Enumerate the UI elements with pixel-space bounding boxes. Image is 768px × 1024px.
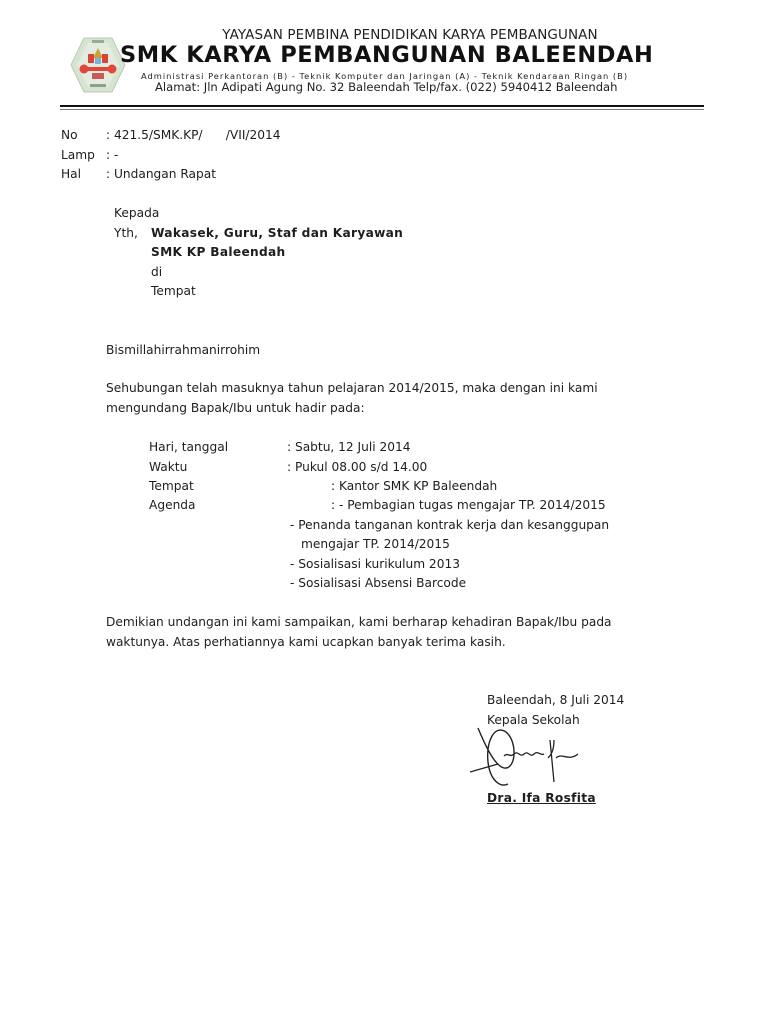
school-emblem-icon xyxy=(70,36,126,94)
lamp-value: : - xyxy=(106,148,118,162)
agenda-item-1: : - Pembagian tugas mengajar TP. 2014/20… xyxy=(331,498,606,512)
place-date: Baleendah, 8 Juli 2014 xyxy=(487,693,624,707)
closing-line-2: waktunya. Atas perhatiannya kami ucapkan… xyxy=(106,635,506,649)
yth-label: Yth, xyxy=(114,226,138,240)
tempat-value: : Kantor SMK KP Baleendah xyxy=(331,479,497,493)
no-value: : 421.5/SMK.KP/ /VII/2014 xyxy=(106,128,281,142)
tempat-label: Tempat xyxy=(149,479,194,493)
school-name: SMK KARYA PEMBANGUNAN BALEENDAH xyxy=(120,42,653,68)
agenda-label: Agenda xyxy=(149,498,196,512)
waktu-label: Waktu xyxy=(149,460,187,474)
recipient-line-1: Wakasek, Guru, Staf dan Karyawan xyxy=(151,226,403,240)
agenda-item-2-cont: mengajar TP. 2014/2015 xyxy=(301,537,450,551)
school-address: Alamat: Jln Adipati Agung No. 32 Baleend… xyxy=(155,80,618,94)
agenda-item-3: - Sosialisasi kurikulum 2013 xyxy=(290,557,460,571)
hari-label: Hari, tanggal xyxy=(149,440,228,454)
recipient-line-2: SMK KP Baleendah xyxy=(151,245,286,259)
hari-value: : Sabtu, 12 Juli 2014 xyxy=(287,440,411,454)
signer-name: Dra. Ifa Rosfita xyxy=(487,791,596,805)
lamp-label: Lamp xyxy=(61,148,95,162)
hal-label: Hal xyxy=(61,167,81,181)
agenda-item-2: - Penanda tanganan kontrak kerja dan kes… xyxy=(290,518,609,532)
intro-line-1: Sehubungan telah masuknya tahun pelajara… xyxy=(106,381,598,395)
handwritten-signature-icon xyxy=(468,722,592,792)
agenda-item-4: - Sosialisasi Absensi Barcode xyxy=(290,576,466,590)
recipient-tempat: Tempat xyxy=(151,284,196,298)
letter-page: YAYASAN PEMBINA PENDIDIKAN KARYA PEMBANG… xyxy=(0,0,768,1024)
header-divider-thick xyxy=(60,105,704,107)
kepada-label: Kepada xyxy=(114,206,159,220)
hal-value: : Undangan Rapat xyxy=(106,167,216,181)
closing-line-1: Demikian undangan ini kami sampaikan, ka… xyxy=(106,615,612,629)
intro-line-2: mengundang Bapak/Ibu untuk hadir pada: xyxy=(106,401,365,415)
recipient-di: di xyxy=(151,265,162,279)
greeting: Bismillahirrahmanirrohim xyxy=(106,343,260,357)
foundation-name: YAYASAN PEMBINA PENDIDIKAN KARYA PEMBANG… xyxy=(0,27,768,43)
header-divider-thin xyxy=(60,109,704,110)
no-label: No xyxy=(61,128,78,142)
waktu-value: : Pukul 08.00 s/d 14.00 xyxy=(287,460,427,474)
